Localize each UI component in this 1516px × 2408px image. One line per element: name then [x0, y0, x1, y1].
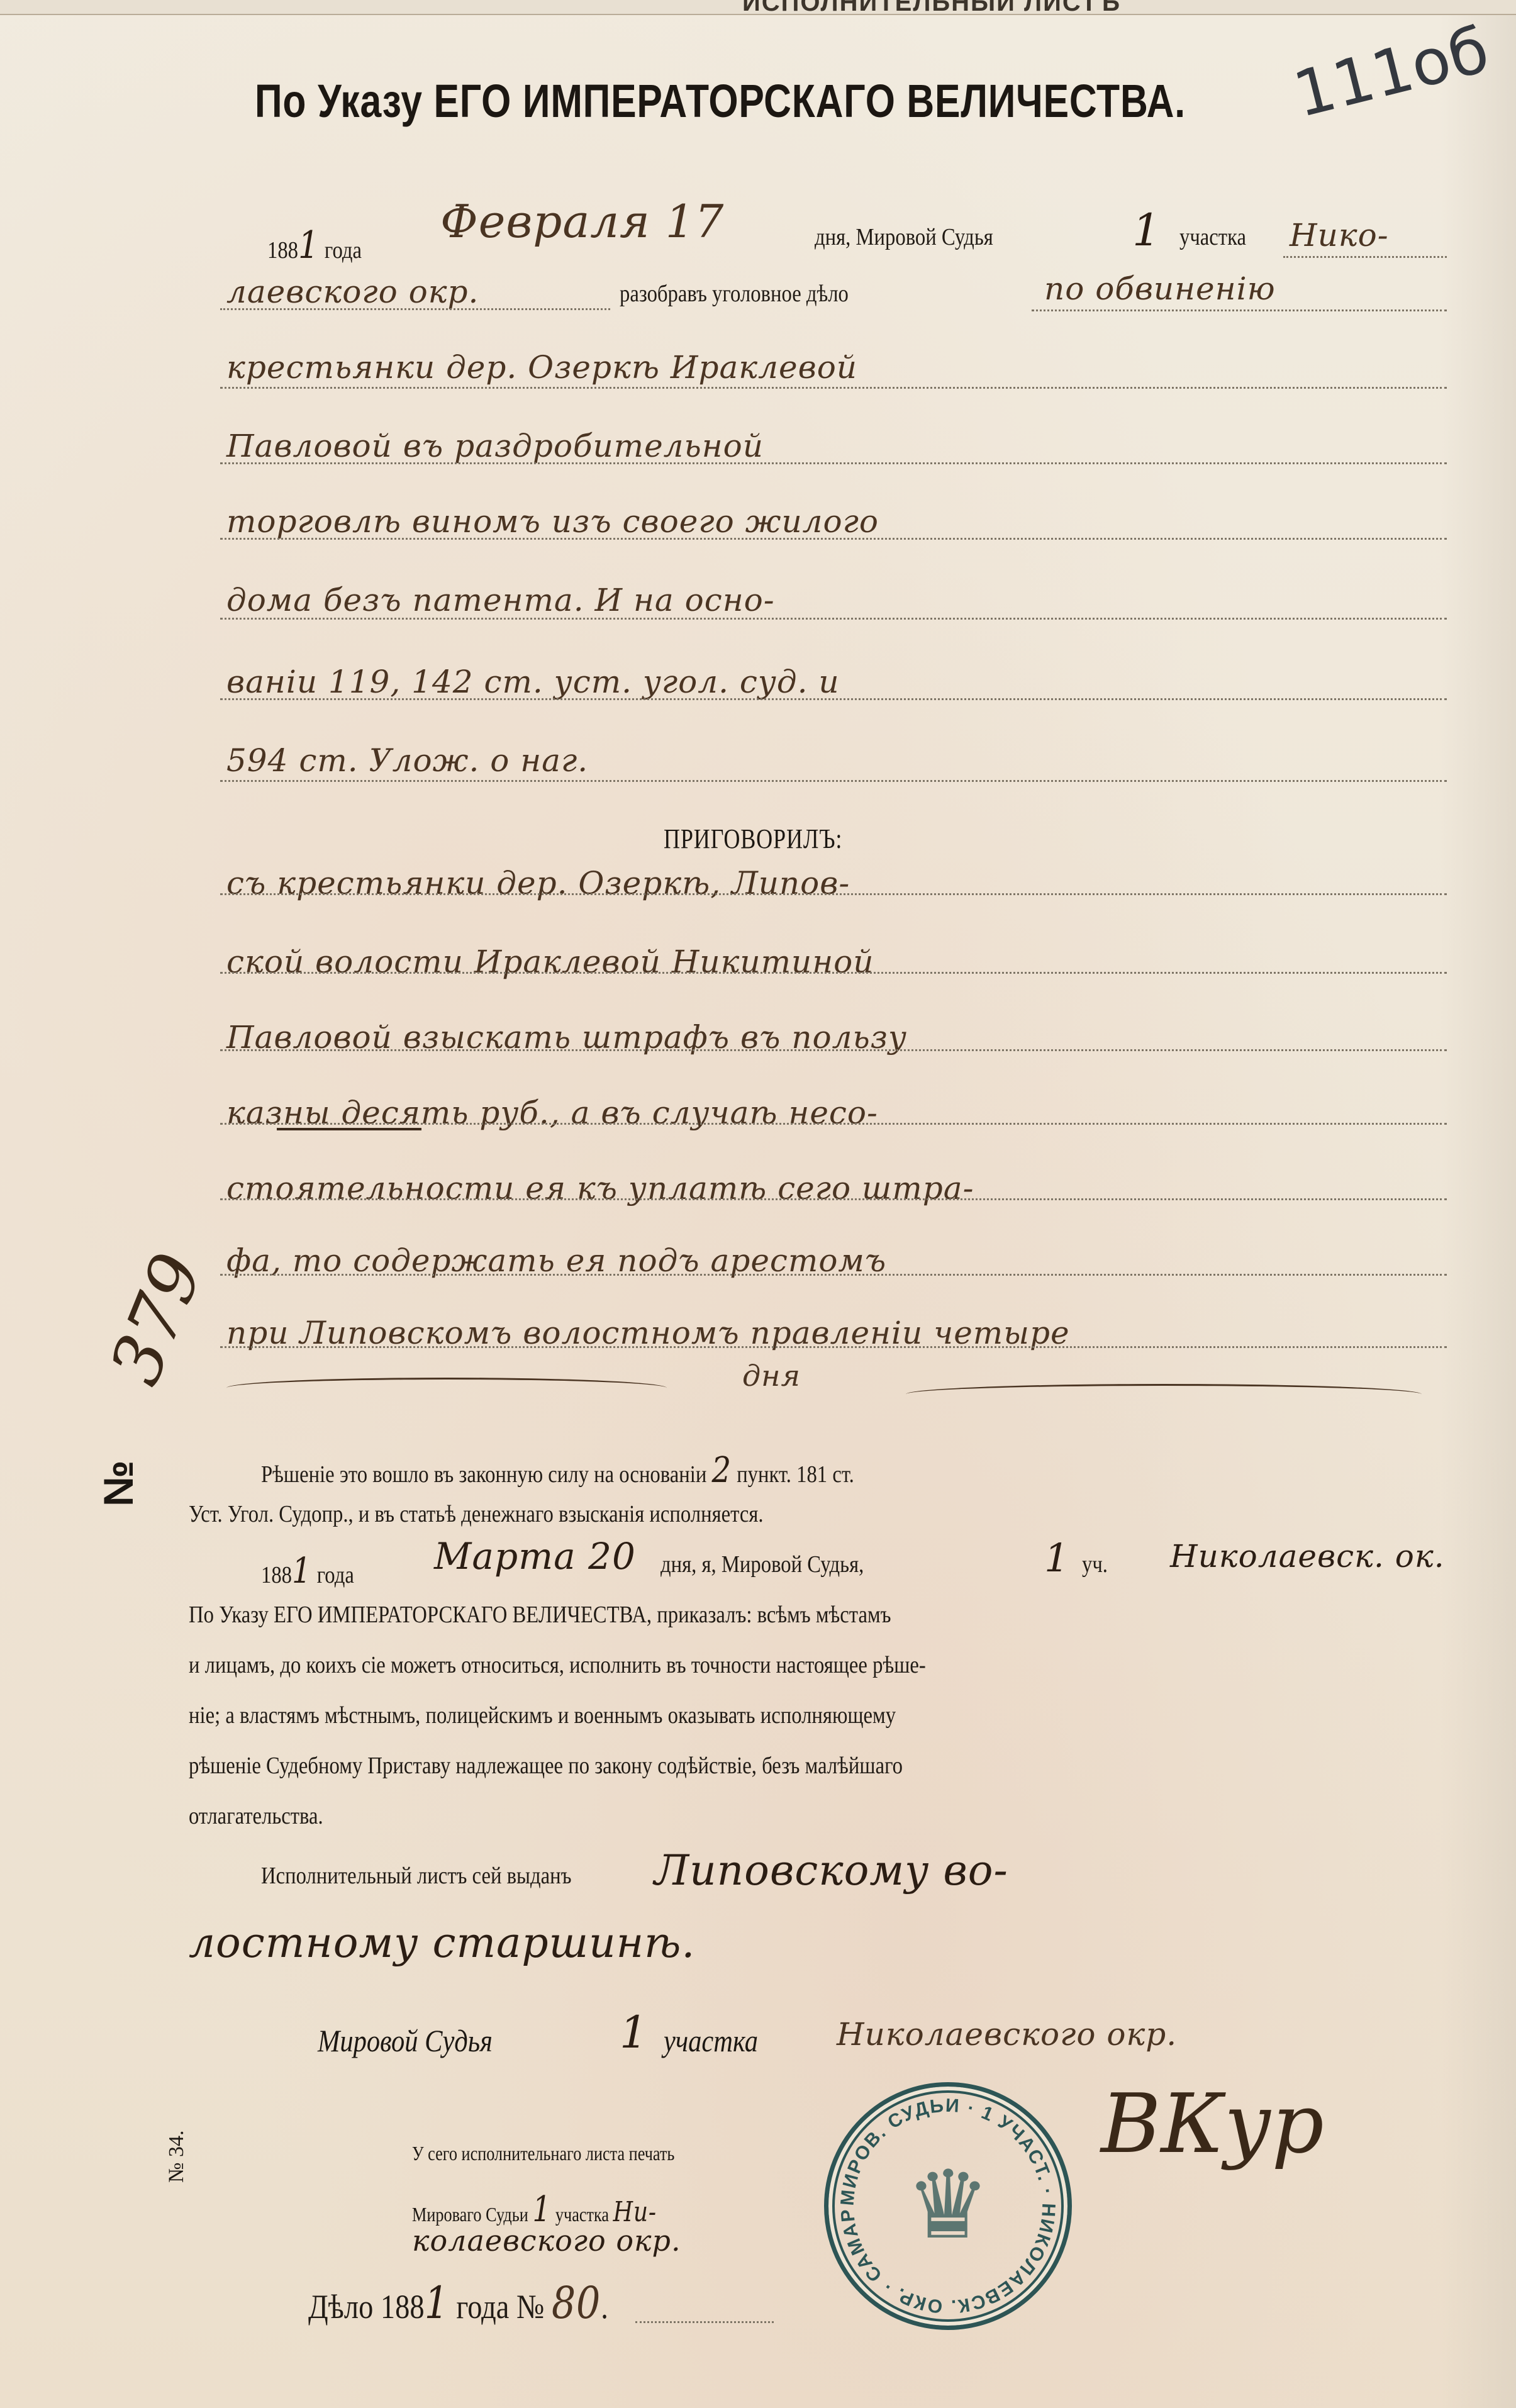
dotted-rule — [220, 538, 1447, 540]
delo-year-hand: 1 — [425, 2277, 449, 2329]
dotted-rule — [220, 618, 1447, 620]
date-district-hand: Николаевск. ок. — [1170, 1538, 1445, 1575]
underline-amount — [277, 1128, 421, 1130]
delo-label: Дѣло 188 — [308, 2288, 425, 2326]
uchastka-label: участка — [1179, 223, 1246, 251]
seal-uchastka: участка — [555, 2203, 609, 2226]
delo-goda-no: года № — [456, 2288, 544, 2326]
intro-line-1: 1881 года — [267, 223, 362, 267]
date-uch-label: уч. — [1082, 1551, 1108, 1578]
day-judge-label: дня, Мировой Судья — [815, 223, 993, 251]
dotted-rule — [220, 1198, 1447, 1200]
dotted-rule — [1283, 256, 1447, 258]
margin-number-label: № — [94, 1460, 142, 1507]
dotted-rule — [220, 462, 1447, 464]
district-hand-b: лаевского окр. — [226, 274, 479, 310]
month-day-hand: Февраля 17 — [440, 195, 724, 248]
case-line-6: 594 ст. Улож. о наг. — [226, 742, 588, 779]
judge-district-hand: Николаевского окр. — [837, 2016, 1177, 2053]
order-line-2: и лицамъ, до коихъ сіе можетъ относиться… — [189, 1651, 926, 1679]
issued-label: Исполнительный листъ сей выданъ — [261, 1862, 572, 1890]
verdict-line-4: казны десять руб., а въ случаѣ несо- — [226, 1095, 878, 1131]
district-hand-a: Нико- — [1290, 217, 1389, 254]
dotted-rule — [220, 1346, 1447, 1348]
form-number: № 34. — [165, 2131, 189, 2183]
dotted-rule — [220, 893, 1447, 895]
delo-trailing: . — [601, 2288, 608, 2326]
verdict-line-2: ской волости Ираклевой Никитиной — [226, 944, 874, 980]
case-line-5: ваніи 119, 142 ст. уст. угол. суд. и — [226, 664, 840, 700]
paper-fold-edge — [1441, 0, 1516, 2408]
verdict-line-1: съ крестьянки дер. Озеркѣ, Липов- — [226, 865, 850, 901]
uchastok-number-hand: 1 — [1132, 204, 1161, 256]
seal-line-1: У сего исполнительнаго листа печать — [412, 2142, 674, 2165]
dotted-rule — [1032, 309, 1447, 311]
dotted-rule — [220, 1123, 1447, 1125]
footer-delo: Дѣло 1881 года № 80. — [308, 2277, 608, 2329]
order-line-3: ніе; а властямъ мѣстнымъ, полицейскимъ и… — [189, 1702, 896, 1729]
date-rest-label: дня, я, Мировой Судья, — [660, 1551, 864, 1578]
document-title: По Указу ЕГО ИМПЕРАТОРСКАГО ВЕЛИЧЕСТВА. — [255, 74, 1186, 128]
top-strip-text: ИСПОЛНИТЕЛЬНЫЙ ЛИСТЪ — [742, 0, 1121, 17]
razobrav-label: разобравъ уголовное дѣло — [620, 280, 849, 308]
dotted-rule — [220, 698, 1447, 700]
enforcement-line-2: Уст. Угол. Судопр., и въ статьѣ денежнаг… — [189, 1500, 764, 1528]
enforcement-line-1-tail: пункт. 181 ст. — [737, 1461, 854, 1488]
enforcement-date-line: 1881 года — [261, 1551, 354, 1591]
date-year-prefix: 188 — [261, 1562, 292, 1588]
dotted-rule — [220, 972, 1447, 974]
enforcement-point-hand: 2 — [712, 1450, 732, 1491]
top-attached-strip: ИСПОЛНИТЕЛЬНЫЙ ЛИСТЪ — [0, 0, 1516, 15]
judge-uchastka-label: участка — [664, 2022, 758, 2059]
official-seal-stamp: ♛ МИРОВ. СУДЬИ · 1 УЧАСТ. · НИКОЛАЕВСК. … — [824, 2082, 1072, 2330]
case-line-3: торговлѣ виномъ изъ своего жилого — [226, 503, 879, 540]
order-line-4: рѣшеніе Судебному Приставу надлежащее по… — [189, 1752, 903, 1780]
dotted-rule — [220, 308, 610, 310]
dotted-rule — [220, 1274, 1447, 1276]
seal-district-hand-b: колаевского окр. — [412, 2224, 681, 2258]
enforcement-line-1: Рѣшеніе это вошло въ законную силу на ос… — [261, 1450, 854, 1491]
issued-recipient-hand-b: лостному старшинѣ. — [189, 1919, 695, 1967]
case-line-4: дома безъ патента. И на осно- — [226, 582, 775, 618]
order-line-5: отлагательства. — [189, 1802, 323, 1830]
flourish-right — [906, 1384, 1422, 1405]
year-suffix-hand: 1 — [298, 223, 320, 267]
verdict-line-5: стоятельности ея къ уплатѣ сего штра- — [226, 1170, 974, 1207]
dotted-rule — [220, 780, 1447, 782]
goda-label: года — [325, 237, 362, 264]
judge-label: Мировой Судья — [318, 2022, 493, 2059]
case-line-2: Павловой въ раздробительной — [226, 428, 764, 464]
issued-recipient-hand-a: Липовскому во- — [654, 1846, 1008, 1895]
case-line-1: крестьянки дер. Озеркѣ Ираклевой — [226, 349, 857, 386]
enforcement-line-1-text: Рѣшеніе это вошло въ законную силу на ос… — [261, 1461, 706, 1488]
stamp-ring-text: МИРОВ. СУДЬИ · 1 УЧАСТ. · НИКОЛАЕВСК. ОК… — [828, 2087, 1067, 2326]
verdict-line-8: дня — [742, 1359, 801, 1393]
date-uch-hand: 1 — [1044, 1535, 1069, 1581]
verdict-heading: ПРИГОВОРИЛЪ: — [664, 823, 842, 855]
year-prefix: 188 — [267, 237, 298, 264]
case-hand-start: по обвиненію — [1044, 270, 1276, 307]
seal-line-2-label: Мироваго Судьи — [412, 2203, 528, 2226]
date-year-hand: 1 — [292, 1551, 312, 1591]
dotted-rule — [635, 2321, 774, 2323]
flourish-left — [226, 1378, 667, 1398]
dotted-rule — [220, 1049, 1447, 1051]
order-line-1: По Указу ЕГО ИМПЕРАТОРСКАГО ВЕЛИЧЕСТВА, … — [189, 1601, 891, 1629]
dotted-rule — [220, 387, 1447, 389]
date-goda: года — [317, 1562, 354, 1588]
svg-text:МИРОВ. СУДЬИ · 1 УЧАСТ. · НИКО: МИРОВ. СУДЬИ · 1 УЧАСТ. · НИКОЛАЕВСК. ОК… — [828, 2087, 1059, 2317]
date-month-day-hand: Марта 20 — [434, 1535, 636, 1578]
judge-uchastok-hand: 1 — [620, 2007, 649, 2058]
judge-signature: ВКур — [1101, 2076, 1324, 2171]
delo-case-number-hand: 80 — [552, 2277, 601, 2329]
